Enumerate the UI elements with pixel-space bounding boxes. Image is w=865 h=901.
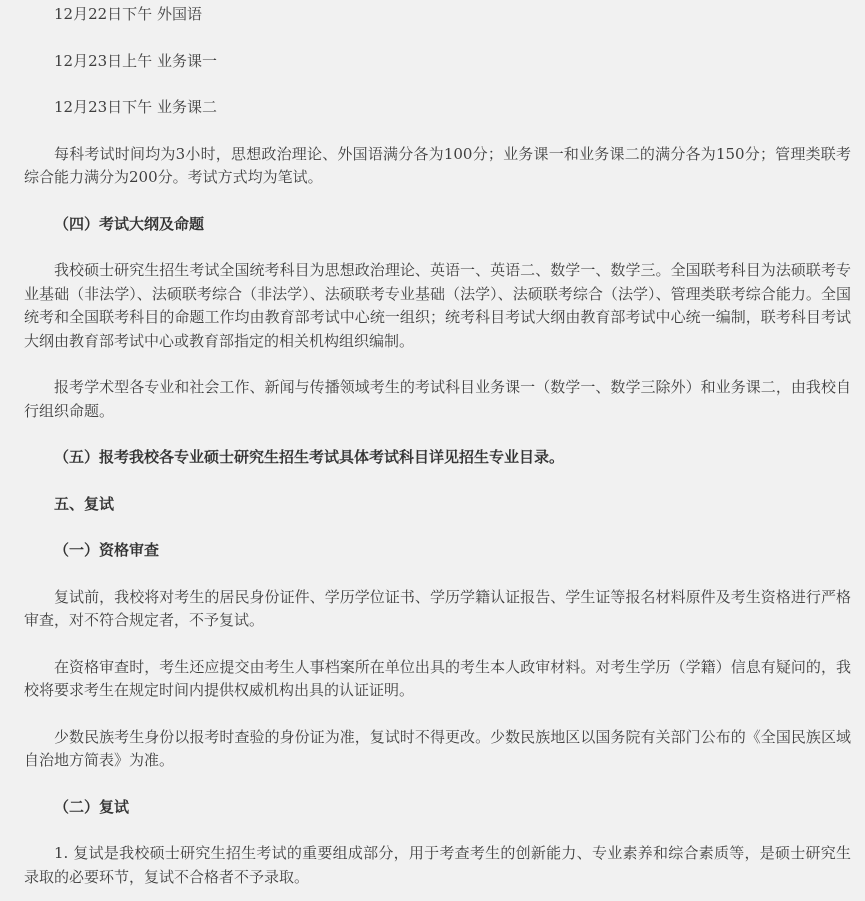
- exam-schedule-dec23-pm: 12月23日下午 业务课二: [24, 96, 851, 120]
- ethnic-minority-identity-paragraph: 少数民族考生身份以报考时查验的身份证为准，复试时不得更改。少数民族地区以国务院有…: [24, 726, 851, 773]
- section-4-heading-exam-outline: （四）考试大纲及命题: [24, 213, 851, 237]
- retest-importance-paragraph: 1. 复试是我校硕士研究生招生考试的重要组成部分，用于考查考生的创新能力、专业素…: [24, 842, 851, 889]
- exam-schedule-dec23-am: 12月23日上午 业务课一: [24, 50, 851, 74]
- section-5-heading-subject-catalog: （五）报考我校各专业硕士研究生招生考试具体考试科目详见招生专业目录。: [24, 446, 851, 470]
- self-proposed-subjects-paragraph: 报考学术型各专业和社会工作、新闻与传播领域考生的考试科目业务课一（数学一、数学三…: [24, 376, 851, 423]
- national-exam-subjects-paragraph: 我校硕士研究生招生考试全国统考科目为思想政治理论、英语一、英语二、数学一、数学三…: [24, 259, 851, 353]
- document-page: 12月22日下午 外国语 12月23日上午 业务课一 12月23日下午 业务课二…: [0, 0, 865, 889]
- qualification-review-paragraph-2: 在资格审查时，考生还应提交由考生人事档案所在单位出具的考生本人政审材料。对考生学…: [24, 656, 851, 703]
- chapter-5-heading-retest: 五、复试: [24, 493, 851, 517]
- exam-schedule-dec22-pm: 12月22日下午 外国语: [24, 3, 851, 27]
- section-2-heading-retest: （二）复试: [24, 796, 851, 820]
- exam-duration-scores-paragraph: 每科考试时间均为3小时，思想政治理论、外国语满分各为100分；业务课一和业务课二…: [24, 143, 851, 190]
- section-1-heading-qualification-review: （一）资格审查: [24, 539, 851, 563]
- qualification-review-paragraph-1: 复试前，我校将对考生的居民身份证件、学历学位证书、学历学籍认证报告、学生证等报名…: [24, 586, 851, 633]
